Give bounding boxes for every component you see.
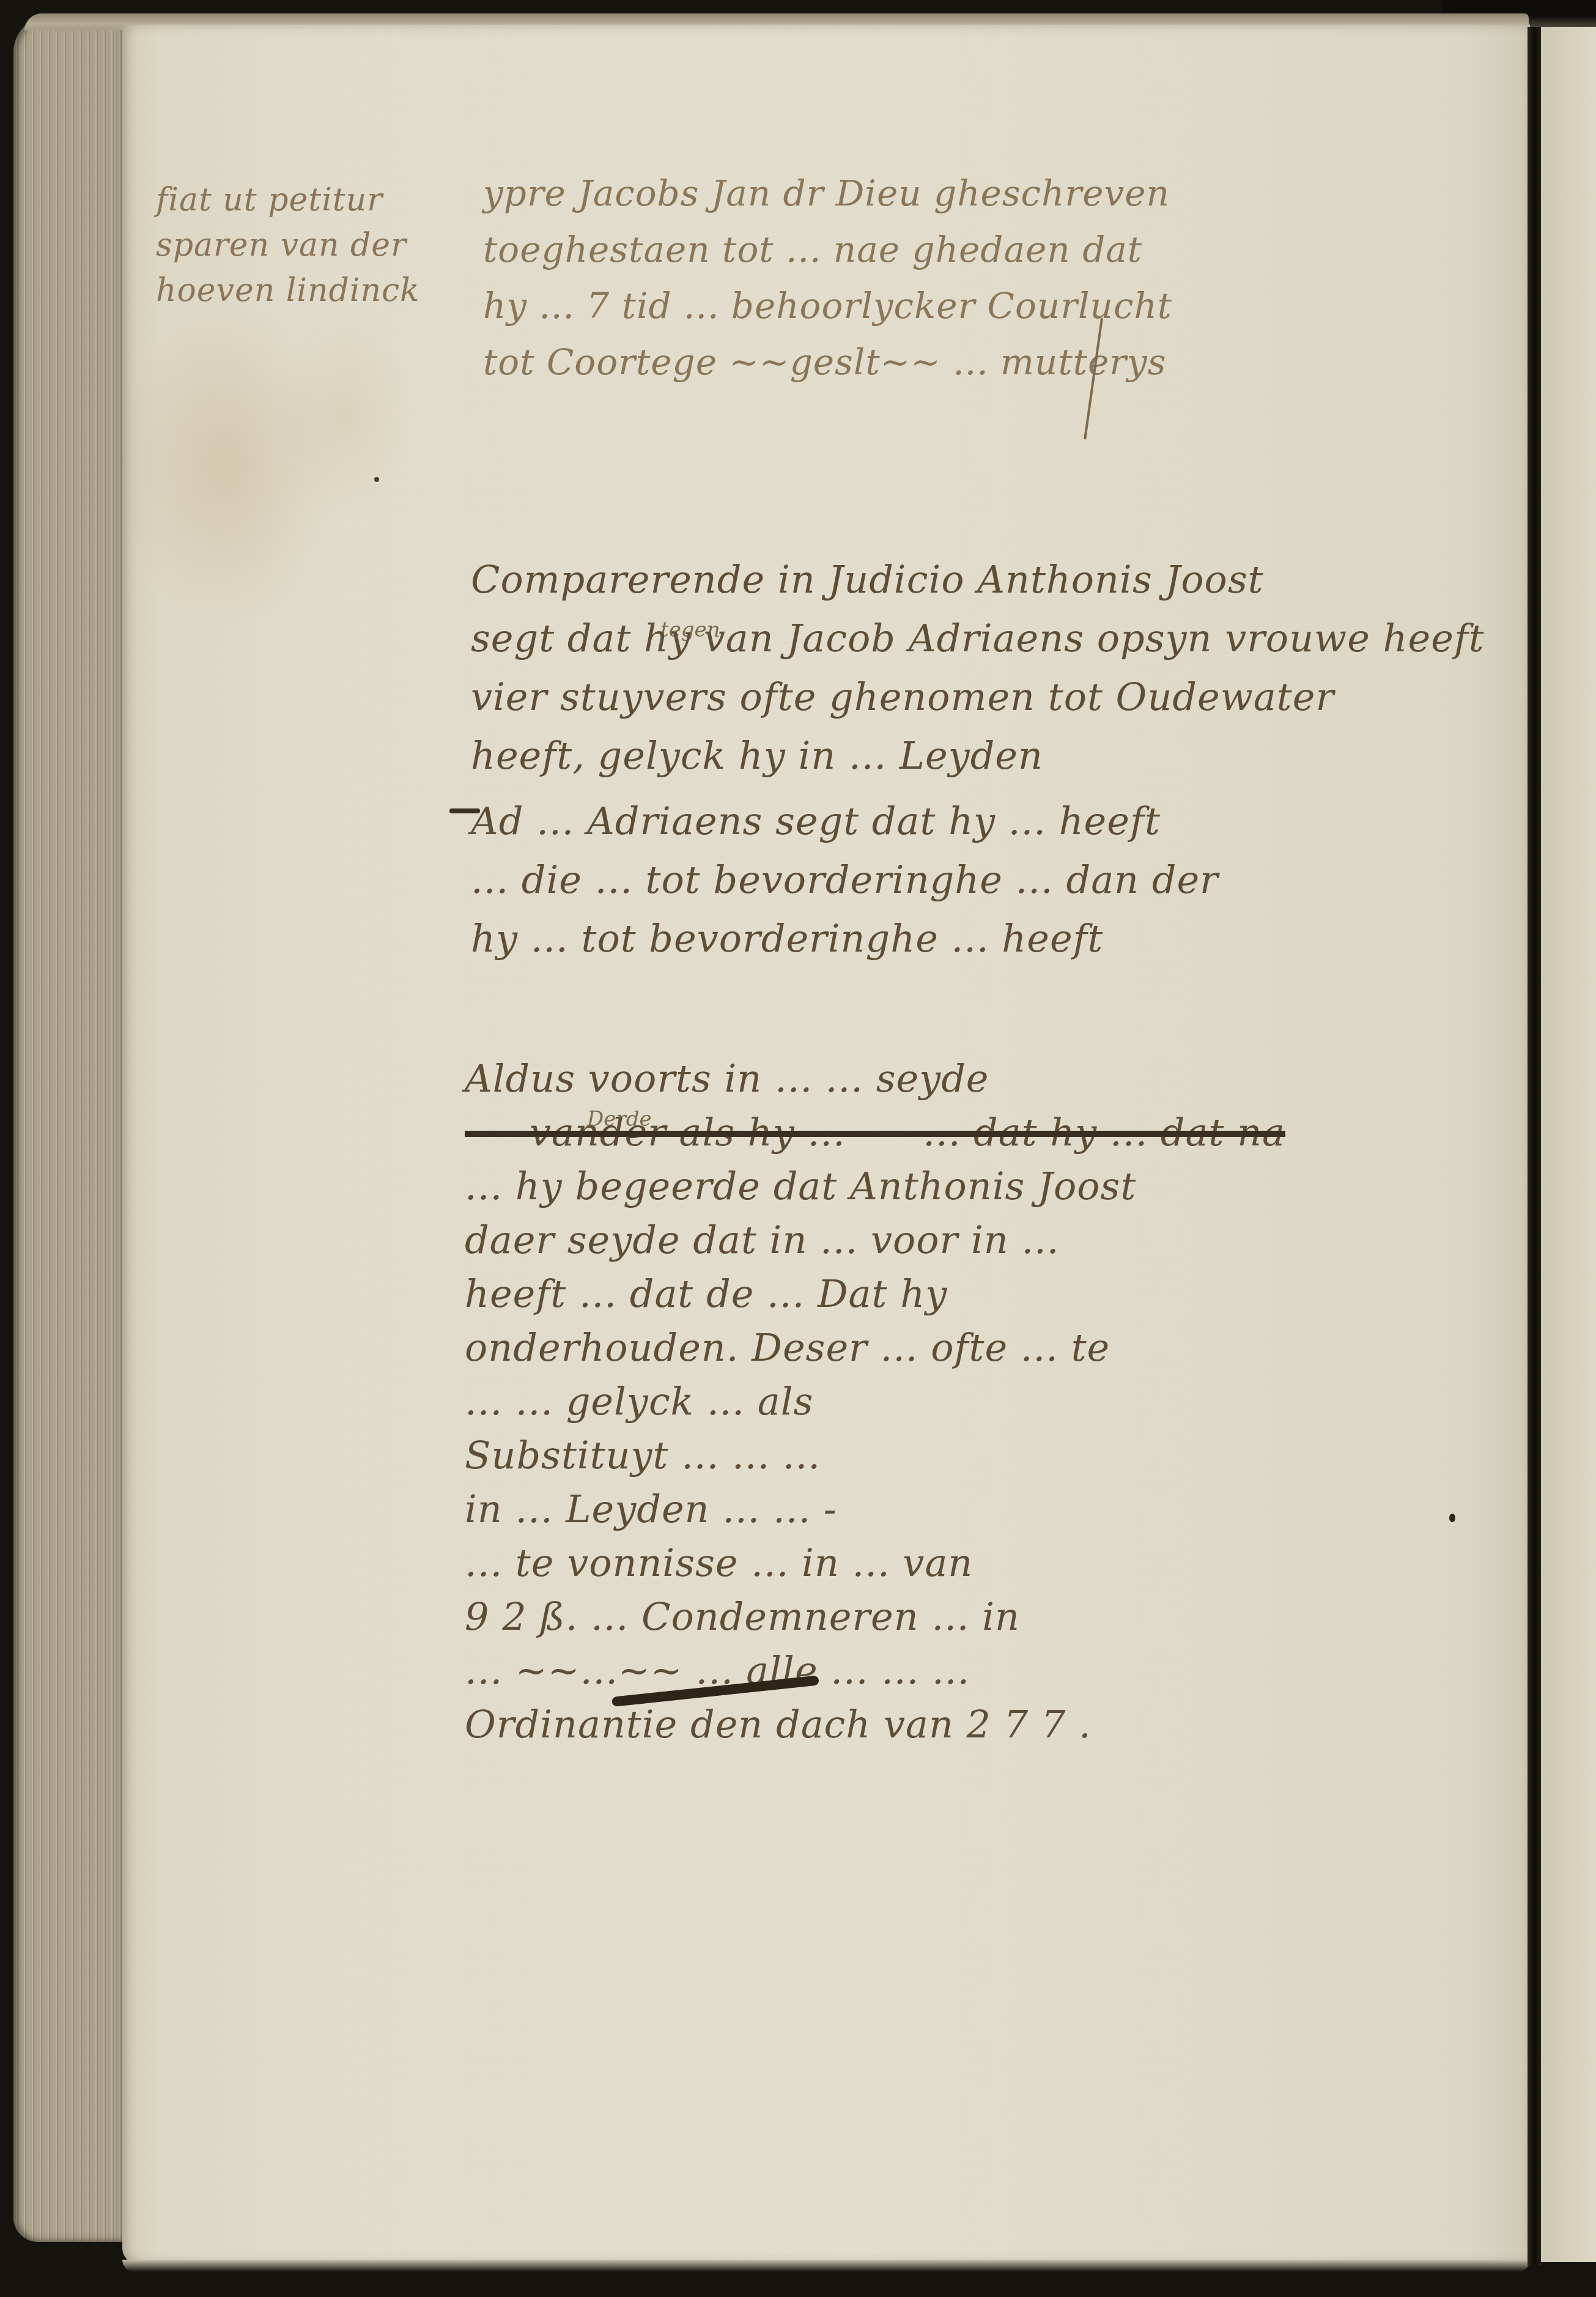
entry-line: toeghestaen tot ... nae ghedaen dat	[483, 221, 1172, 278]
entry-line-struck: ~~vander als hy ...~~ ... dat hy ... dat…	[465, 1106, 1285, 1160]
manuscript-scan: fiat ut petitur sparen van der hoeven li…	[0, 0, 1596, 2297]
entry-line: in ... Leyden ... ... -	[465, 1482, 1285, 1536]
entry-line: hy ... 7 tid ... behoorlycker Courlucht	[483, 278, 1172, 334]
entry-line-dated: Ordinantie den dach van 2 7 7 .	[465, 1698, 1285, 1751]
entry-line: 9 2 ß. ... Condemneren ... in	[465, 1590, 1285, 1644]
entry-line: heeft ... dat de ... Dat hy	[465, 1267, 1285, 1321]
entry-line: ... ~~...~~ ... alle ... ... ...	[465, 1644, 1285, 1698]
entry-4-text: Aldus voorts in ... ... seyde ~~vander a…	[465, 1052, 1285, 1751]
entry-line: segt dat hy van Jacob Adriaens opsyn vro…	[471, 609, 1485, 668]
entry-line: ypre Jacobs Jan dr Dieu gheschreven	[483, 165, 1172, 221]
ink-dash-mark	[449, 808, 480, 813]
margin-note-line: hoeven lindinck	[156, 268, 420, 313]
entry-line: vier stuyvers ofte ghenomen tot Oudewate…	[471, 668, 1485, 727]
entry-line: daer seyde dat in ... voor in ...	[465, 1213, 1285, 1267]
entry-2-text: Comparerende in Judicio Anthonis Joost s…	[471, 550, 1485, 785]
entry-line: heeft, gelyck hy in ... Leyden	[471, 727, 1485, 785]
page-stack-fore-edge	[13, 16, 130, 2242]
entry-1-text: ypre Jacobs Jan dr Dieu gheschreven toeg…	[483, 165, 1172, 390]
entry-line: Substituyt ... ... ...	[465, 1429, 1285, 1482]
entry-line: tot Coortege ~~geslt~~ ... mutterys	[483, 334, 1172, 390]
entry-line: hy ... tot bevorderinghe ... heeft	[471, 909, 1219, 968]
entry-line: ... te vonnisse ... in ... van	[465, 1536, 1285, 1590]
entry-line: Comparerende in Judicio Anthonis Joost	[471, 550, 1485, 609]
ink-speck	[374, 477, 379, 482]
entry-line: Aldus voorts in ... ... seyde	[465, 1052, 1285, 1106]
entry-line: onderhouden. Deser ... ofte ... te	[465, 1321, 1285, 1375]
entry-line: Ad ... Adriaens segt dat hy ... heeft	[471, 792, 1219, 851]
page-bottom-edge	[122, 2260, 1530, 2272]
ink-dot	[1449, 1514, 1455, 1522]
entry-line: ... hy begeerde dat Anthonis Joost	[465, 1160, 1285, 1213]
entry-line: ... ... gelyck ... als	[465, 1375, 1285, 1429]
margin-note-line: fiat ut petitur	[156, 177, 420, 223]
entry-3-text: Ad ... Adriaens segt dat hy ... heeft ..…	[471, 792, 1219, 968]
entry-line: ... die ... tot bevorderinghe ... dan de…	[471, 851, 1219, 909]
margin-note: fiat ut petitur sparen van der hoeven li…	[156, 177, 420, 313]
margin-note-line: sparen van der	[156, 223, 420, 268]
binding-gutter	[1528, 27, 1542, 2265]
facing-page-edge	[1541, 27, 1596, 2262]
